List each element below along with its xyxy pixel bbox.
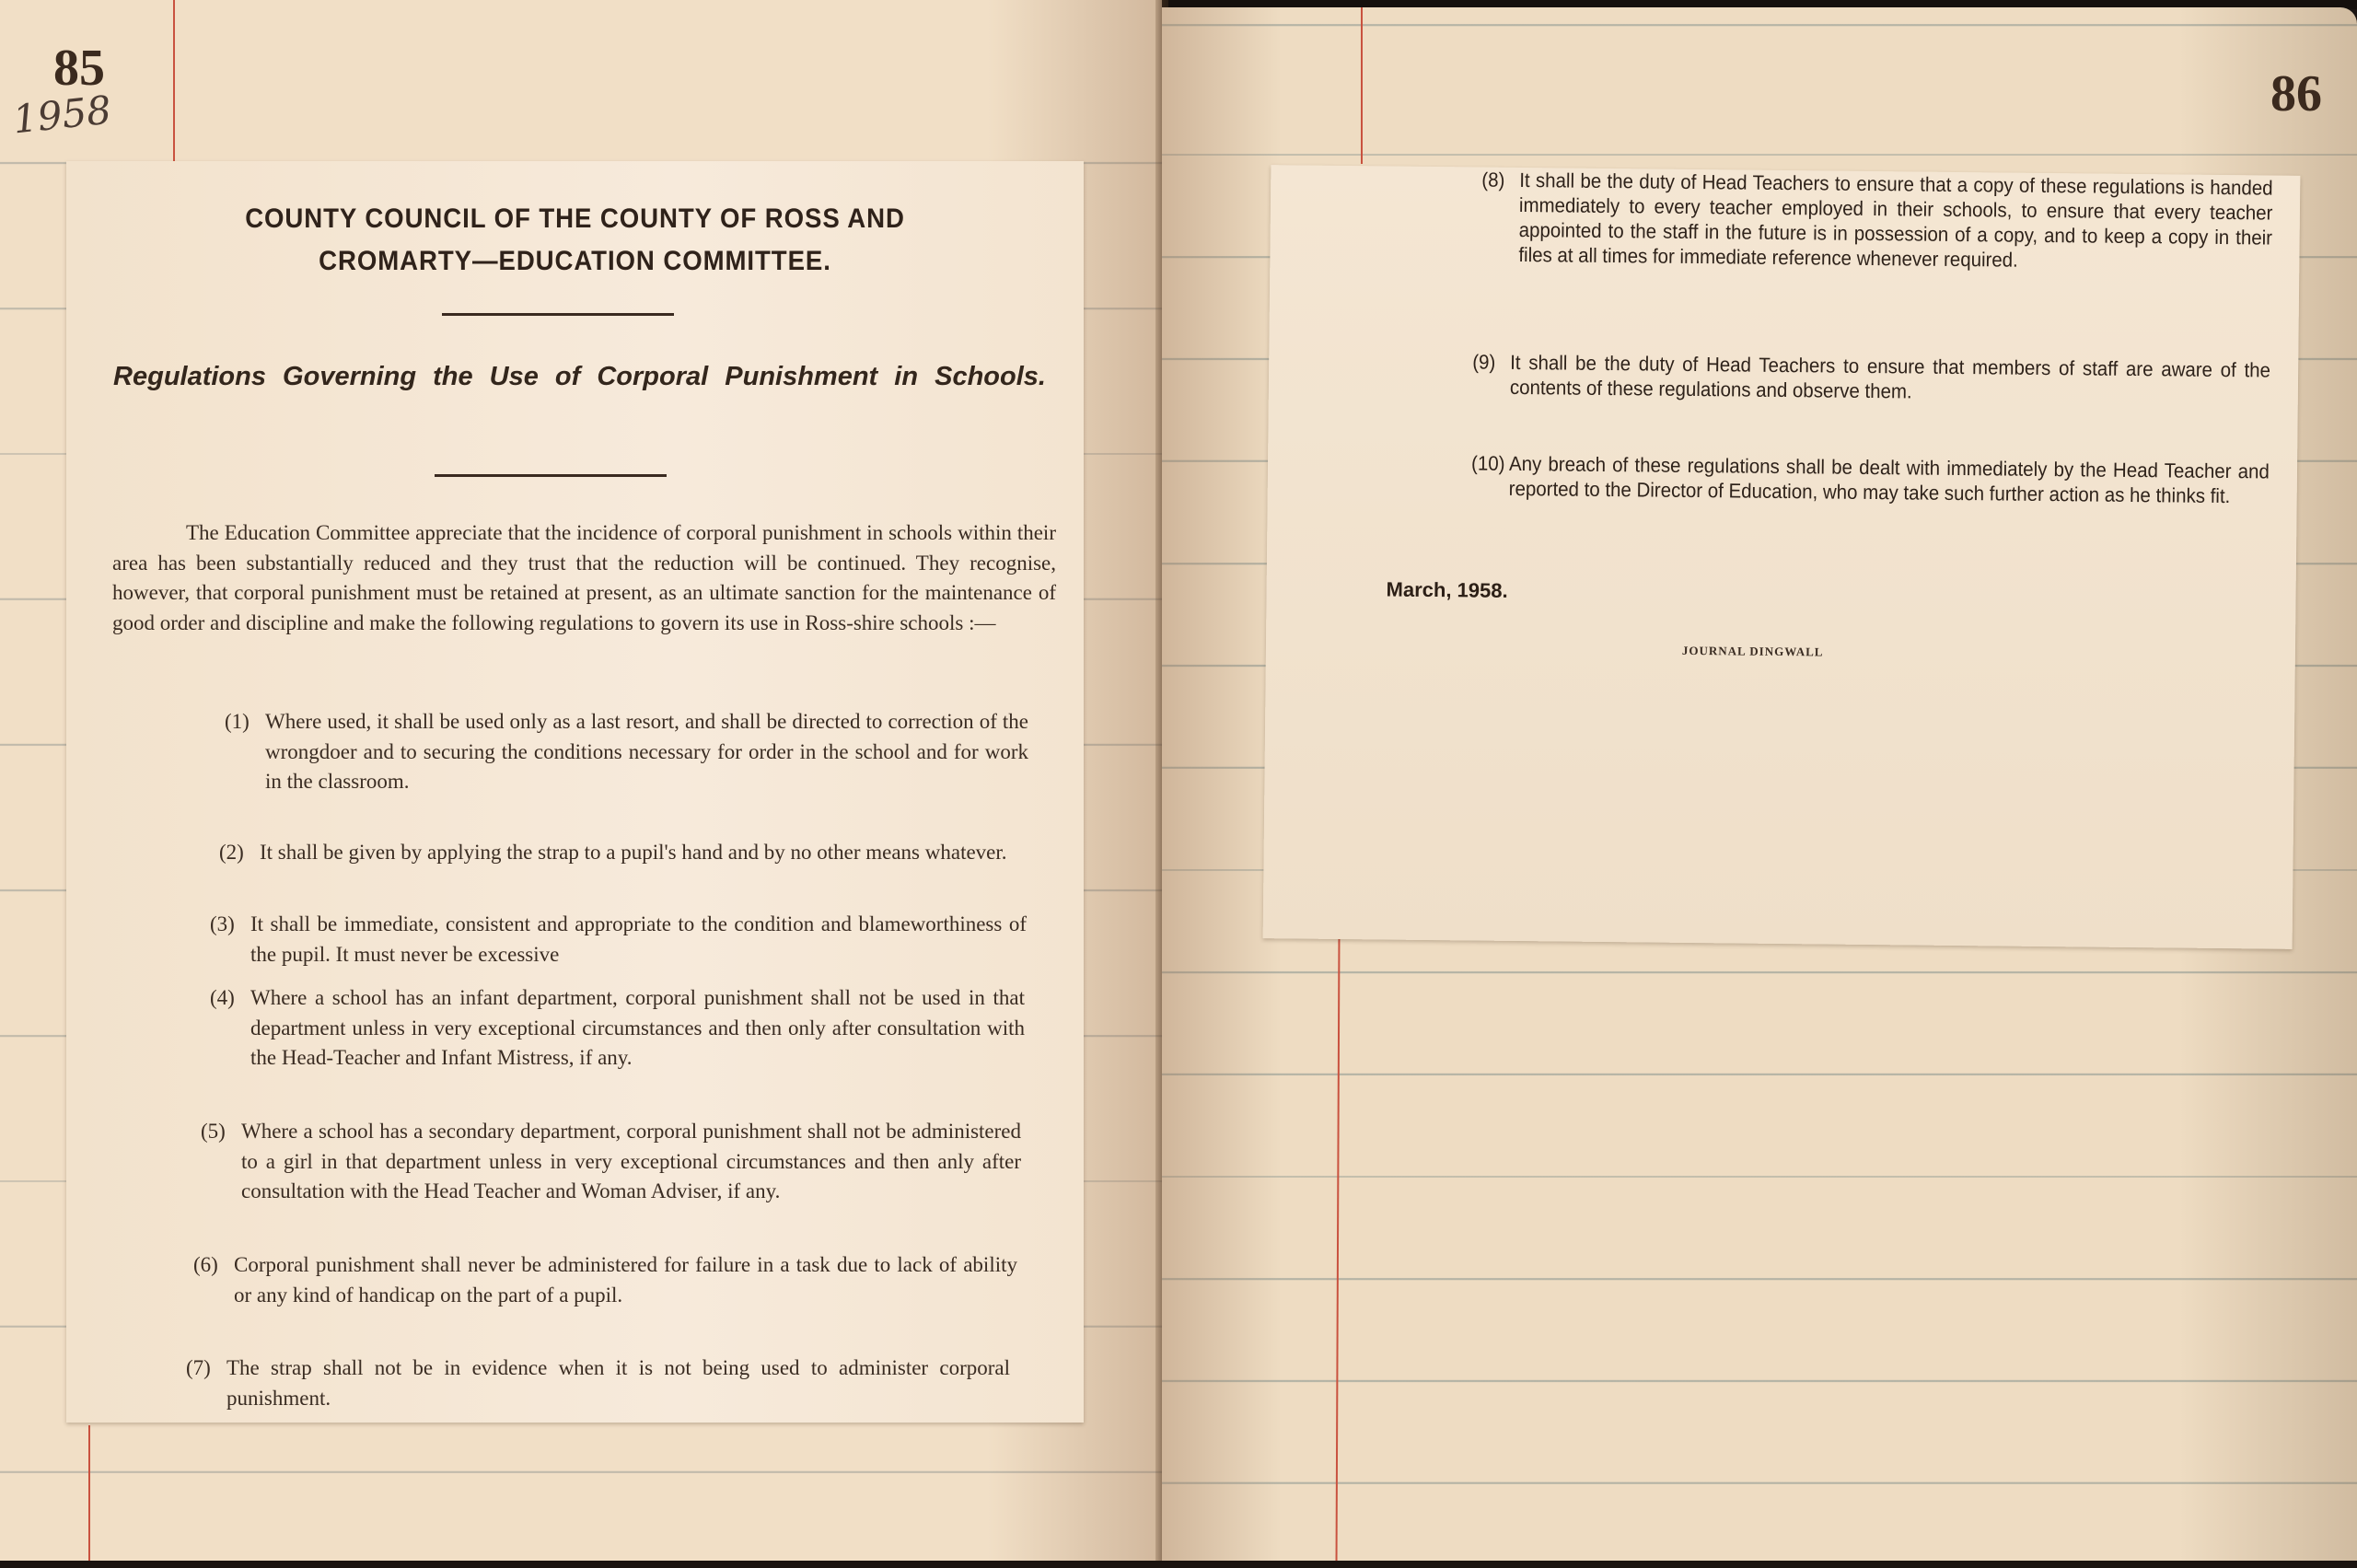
handwritten-year: 1958: [11, 87, 113, 143]
regulation-text: It shall be immediate, consistent and ap…: [250, 912, 1027, 966]
council-heading-line1: COUNTY COUNCIL OF THE COUNTY OF ROSS AND: [107, 198, 1043, 240]
regulation-3: (3) It shall be immediate, consistent an…: [250, 910, 1027, 970]
regulation-number: (9): [1472, 349, 1495, 374]
divider: [442, 313, 674, 316]
margin-rule: [1361, 7, 1363, 164]
regulation-number: (10): [1471, 450, 1505, 475]
divider: [435, 474, 667, 477]
margin-rule: [88, 1425, 90, 1568]
regulation-number: (6): [193, 1250, 218, 1281]
intro-paragraph: The Education Committee appreciate that …: [112, 518, 1056, 638]
pasted-regulations-sheet: COUNTY COUNCIL OF THE COUNTY OF ROSS AND…: [66, 161, 1084, 1423]
regulation-5: (5) Where a school has a secondary depar…: [241, 1117, 1021, 1207]
regulation-number: (3): [210, 910, 235, 940]
background-bottom: [0, 1561, 2357, 1568]
pasted-regulations-sheet-continued: (8) It shall be the duty of Head Teacher…: [1263, 165, 2301, 949]
regulation-number: (4): [210, 983, 235, 1014]
regulation-number: (8): [1481, 168, 1504, 192]
regulation-number: (7): [186, 1353, 211, 1384]
regulation-text: It shall be given by applying the strap …: [260, 841, 1007, 864]
regulation-10: (10) Any breach of these regulations sha…: [1509, 451, 2270, 509]
regulation-7: (7) The strap shall not be in evidence w…: [226, 1353, 1010, 1413]
regulation-6: (6) Corporal punishment shall never be a…: [234, 1250, 1017, 1310]
page-number: 86: [2270, 64, 2322, 123]
regulation-text: The strap shall not be in evidence when …: [226, 1356, 1010, 1410]
margin-rule: [1335, 928, 1340, 1568]
regulation-number: (1): [225, 707, 250, 738]
council-heading-line2: CROMARTY—EDUCATION COMMITTEE.: [107, 240, 1043, 283]
printer-imprint: JOURNAL DINGWALL: [1682, 644, 1824, 660]
regulation-8: (8) It shall be the duty of Head Teacher…: [1518, 168, 2272, 275]
document-subtitle: Regulations Governing the Use of Corpora…: [103, 356, 1056, 397]
regulation-1: (1) Where used, it shall be used only as…: [265, 707, 1028, 797]
left-page: 85 1958 COUNTY COUNCIL OF THE COUNTY OF …: [0, 0, 1162, 1568]
regulation-number: (5): [201, 1117, 226, 1147]
regulation-number: (2): [219, 838, 244, 868]
regulation-text: It shall be the duty of Head Teachers to…: [1510, 351, 2270, 403]
issue-date: March, 1958.: [1386, 578, 1507, 603]
margin-rule: [173, 0, 175, 166]
regulation-9: (9) It shall be the duty of Head Teacher…: [1510, 350, 2270, 408]
regulation-text: Where a school has a secondary departmen…: [241, 1120, 1021, 1202]
regulation-text: Corporal punishment shall never be admin…: [234, 1253, 1017, 1307]
regulation-text: Where a school has an infant department,…: [250, 986, 1025, 1069]
regulation-text: Any breach of these regulations shall be…: [1509, 452, 2270, 507]
regulation-text: Where used, it shall be used only as a l…: [265, 710, 1028, 793]
regulation-4: (4) Where a school has an infant departm…: [250, 983, 1025, 1074]
regulation-2: (2) It shall be given by applying the st…: [260, 838, 1028, 868]
regulation-text: It shall be the duty of Head Teachers to…: [1518, 168, 2272, 272]
